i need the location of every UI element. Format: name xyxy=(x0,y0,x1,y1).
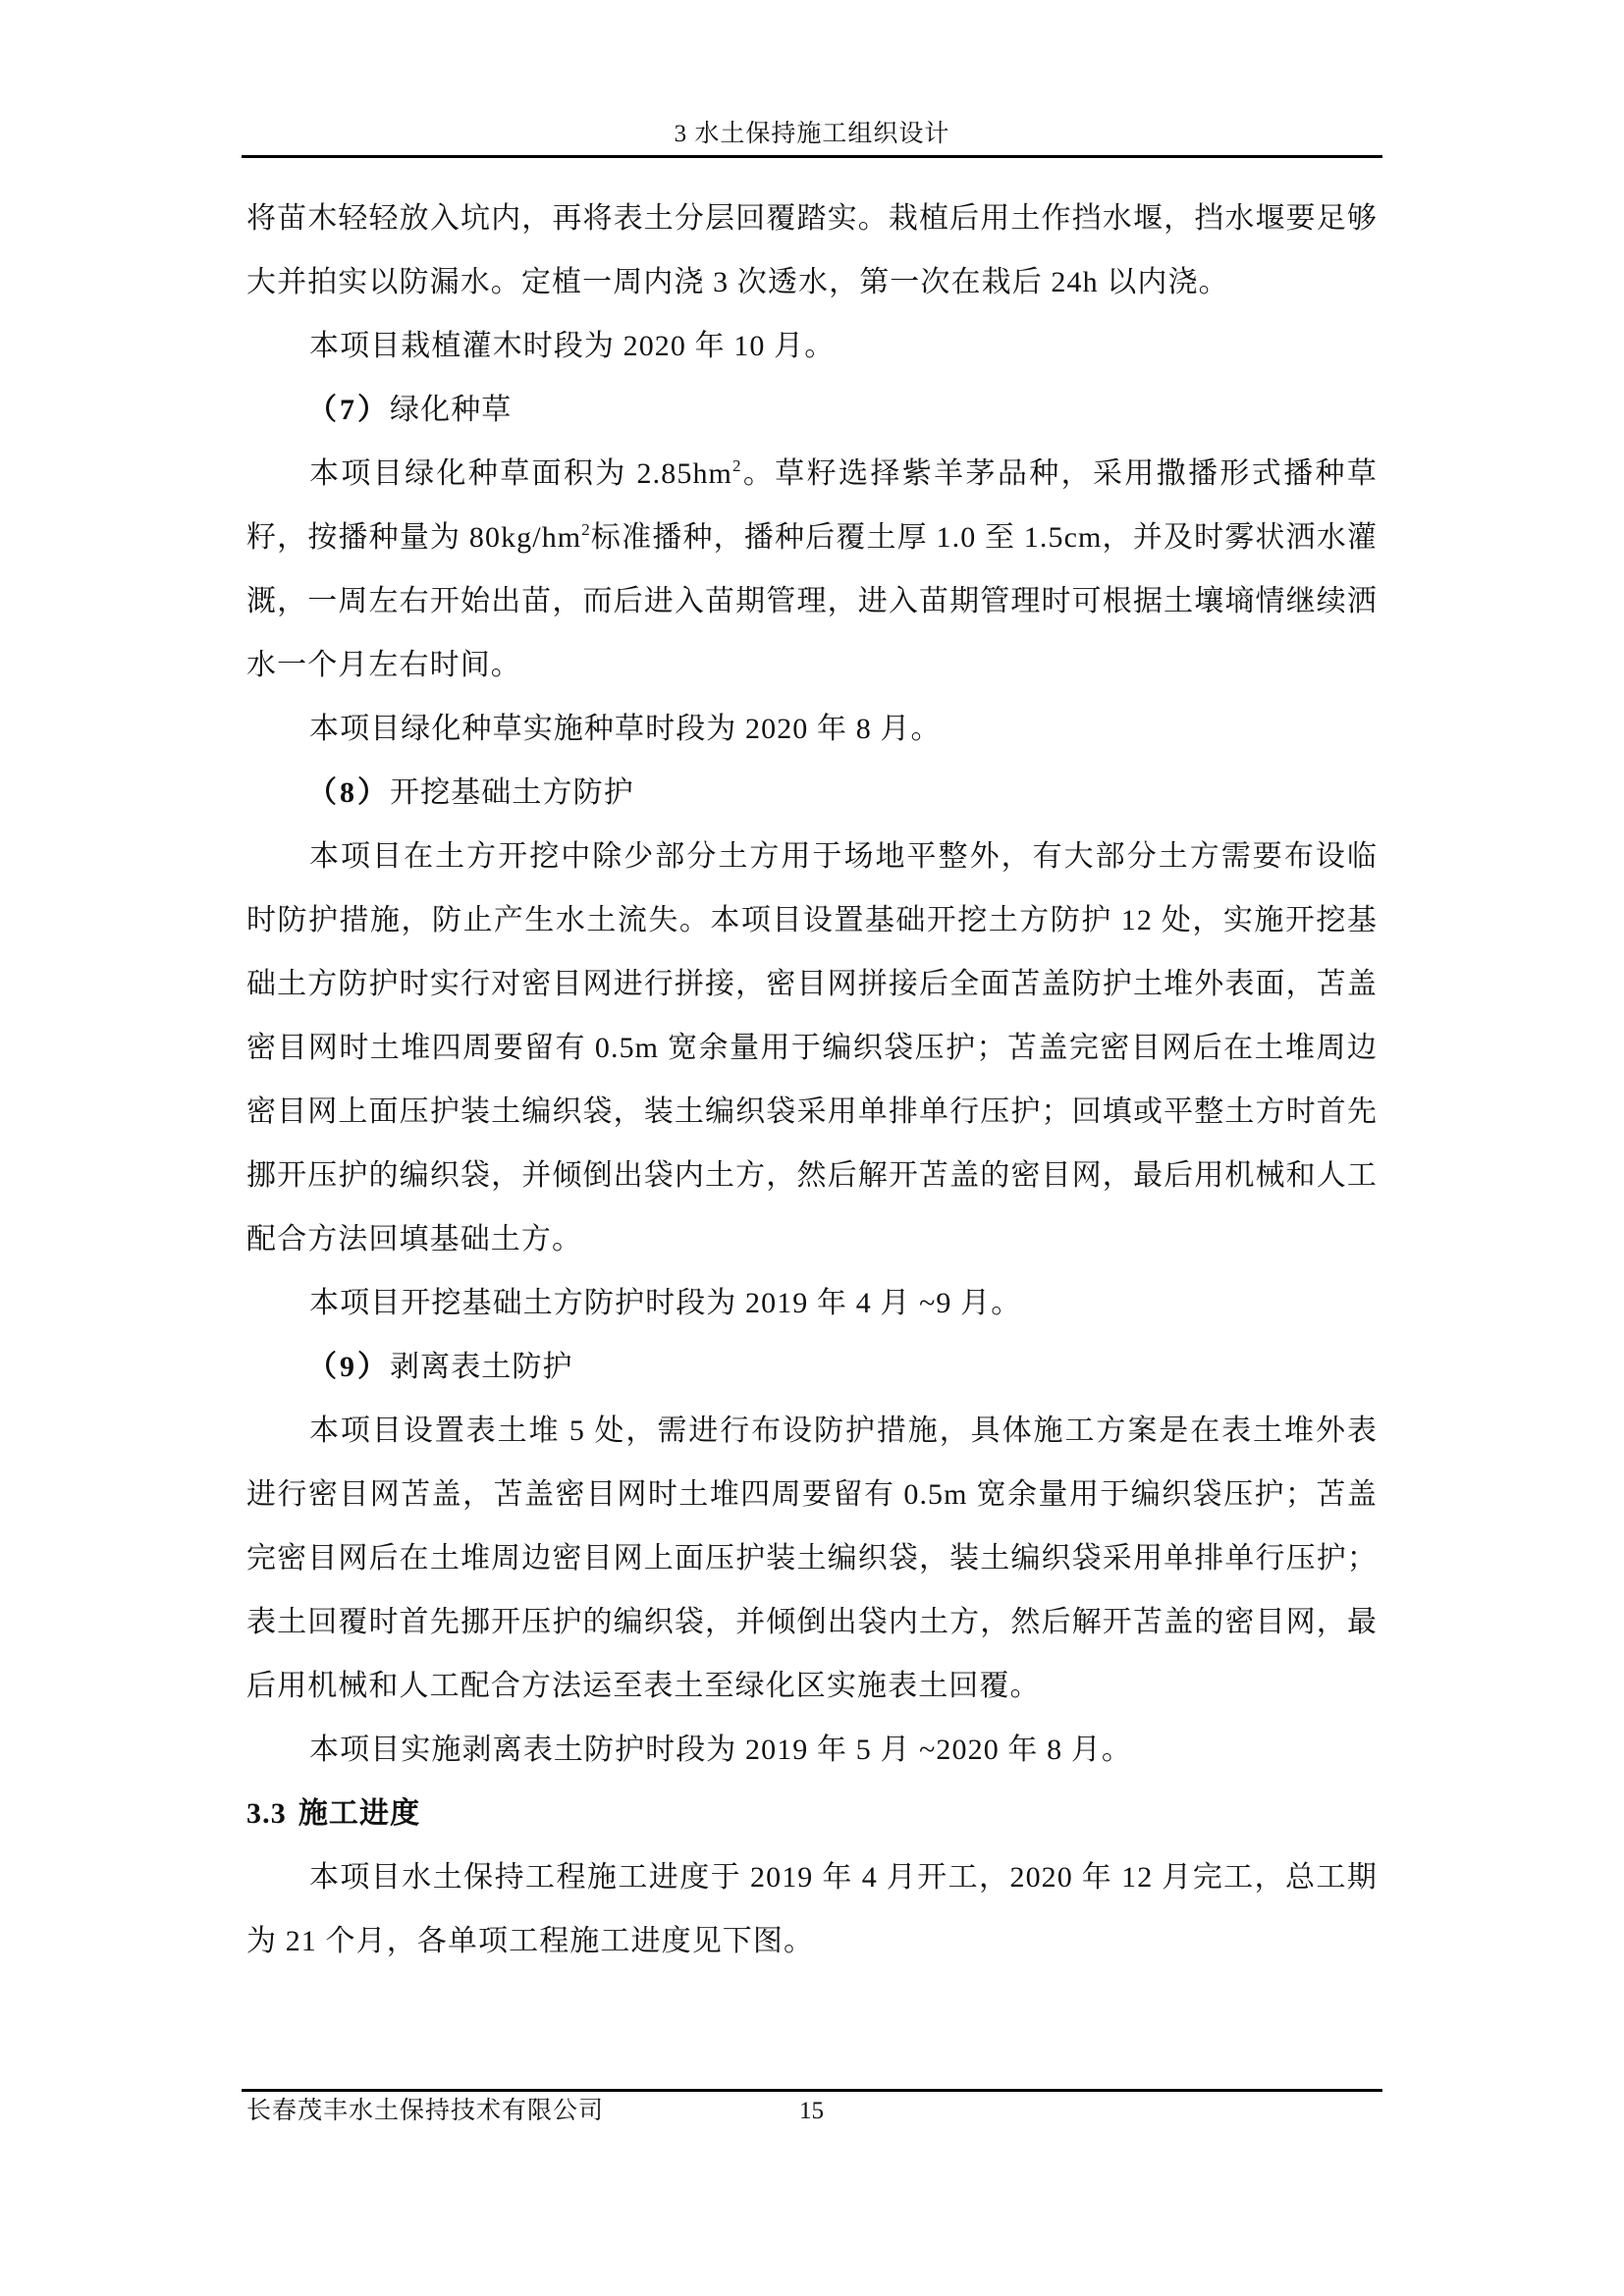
superscript: 2 xyxy=(732,456,742,475)
subheading-number: （8） xyxy=(307,776,390,809)
text-segment: 本项目绿化种草面积为 2.85hm xyxy=(309,457,732,490)
paragraph-topsoil-method: 本项目设置表土堆 5 处，需进行布设防护措施，具体施工方案是在表土堆外表进行密目… xyxy=(246,1399,1378,1718)
subheading-title: 绿化种草 xyxy=(390,394,512,426)
paragraph-excavation-period: 本项目开挖基础土方防护时段为 2019 年 4 月 ~9 月。 xyxy=(246,1271,1378,1335)
header-rule xyxy=(242,155,1382,158)
footer-rule xyxy=(242,2089,1382,2092)
subheading-title: 剥离表土防护 xyxy=(390,1351,573,1383)
paragraph-grass-period: 本项目绿化种草实施种草时段为 2020 年 8 月。 xyxy=(246,697,1378,761)
subheading-number: （9） xyxy=(307,1351,390,1383)
subheading-greening-grass: （7）绿化种草 xyxy=(246,378,1378,442)
page-number: 15 xyxy=(799,2095,824,2128)
footer-company-name: 长春茂丰水土保持技术有限公司 xyxy=(246,2095,604,2128)
subheading-excavation-protection: （8）开挖基础土方防护 xyxy=(246,761,1378,825)
section-number: 3.3 xyxy=(246,1797,287,1830)
running-header: 3 水土保持施工组织设计 xyxy=(242,116,1382,155)
subheading-title: 开挖基础土方防护 xyxy=(390,776,634,809)
paragraph-grass-seeding: 本项目绿化种草面积为 2.85hm2。草籽选择紫羊茅品种，采用撒播形式播种草籽，… xyxy=(246,442,1378,697)
subheading-topsoil-protection: （9）剥离表土防护 xyxy=(246,1335,1378,1399)
subheading-number: （7） xyxy=(307,394,390,426)
paragraph-shrub-period: 本项目栽植灌木时段为 2020 年 10 月。 xyxy=(246,314,1378,378)
paragraph-topsoil-period: 本项目实施剥离表土防护时段为 2019 年 5 月 ~2020 年 8 月。 xyxy=(246,1718,1378,1782)
section-heading-construction-schedule: 3.3施工进度 xyxy=(246,1782,1378,1845)
superscript: 2 xyxy=(581,520,591,539)
paragraph-excavation-method: 本项目在土方开挖中除少部分土方用于场地平整外，有大部分土方需要布设临时防护措施，… xyxy=(246,825,1378,1271)
paragraph-schedule-summary: 本项目水土保持工程施工进度于 2019 年 4 月开工，2020 年 12 月完… xyxy=(246,1845,1378,1973)
section-title: 施工进度 xyxy=(298,1797,420,1830)
paragraph-planting-method: 将苗木轻轻放入坑内，再将表土分层回覆踏实。栽植后用土作挡水堰，挡水堰要足够大并拍… xyxy=(246,187,1378,314)
document-body: 将苗木轻轻放入坑内，再将表土分层回覆踏实。栽植后用土作挡水堰，挡水堰要足够大并拍… xyxy=(246,187,1378,1973)
